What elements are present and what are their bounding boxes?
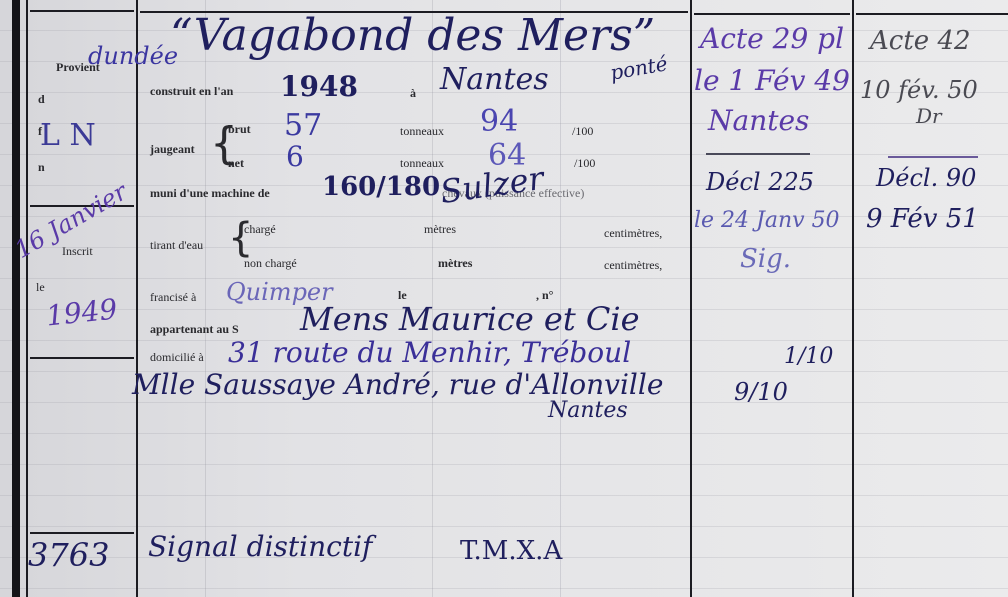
col3-entry2-line1: Décl 225 xyxy=(706,168,814,196)
jaugeant-label: jaugeant xyxy=(150,142,195,157)
faint-column-line xyxy=(432,0,433,597)
inscrit-le-label: le xyxy=(36,280,45,295)
col4-entry1-line2: 10 fév. 50 xyxy=(860,76,978,104)
column-rule xyxy=(690,0,692,597)
faint-column-line xyxy=(560,0,561,597)
metres-label-1: mètres xyxy=(424,222,456,237)
owner-value: Mens Maurice et Cie xyxy=(300,300,640,338)
machine-label: muni d'une machine de xyxy=(150,186,270,201)
tonneaux-label-net: tonneaux xyxy=(400,156,444,171)
column-rule xyxy=(136,0,138,597)
col4-entry2-line2: 9 Fév 51 xyxy=(866,204,979,234)
domicile-label: domicilié à xyxy=(150,350,204,365)
co-owner-fraction: 9/10 xyxy=(734,378,788,406)
provient-sublabel-n: n xyxy=(38,160,45,175)
row-rule xyxy=(856,13,1008,15)
provient-sublabel-d: d xyxy=(38,92,45,107)
per100-brut: /100 xyxy=(572,124,593,139)
brut-value: 57 xyxy=(284,108,322,143)
row-rule xyxy=(694,13,850,15)
col3-entry1-line3: Nantes xyxy=(708,104,809,137)
tirant-label: tirant d'eau xyxy=(150,238,203,253)
net-label: net xyxy=(228,156,244,171)
net-value: 6 xyxy=(286,140,304,173)
co-owner-value: Mlle Saussaye André, rue d'Allonville xyxy=(132,368,663,401)
row-rule xyxy=(30,357,134,359)
vessel-name: “Vagabond des Mers” xyxy=(170,10,655,61)
signal-label: Signal distinctif xyxy=(148,530,372,563)
column-rule xyxy=(852,0,854,597)
column-rule xyxy=(26,0,28,597)
row-rule xyxy=(30,532,134,534)
centimetres-label-2: centimètres, xyxy=(604,258,662,273)
brut-label: brut xyxy=(228,122,251,137)
a-label: à xyxy=(410,86,416,101)
metres-label-2: mètres xyxy=(438,256,472,271)
construit-label: construit en l'an xyxy=(150,84,233,99)
row-rule xyxy=(30,10,134,12)
entry-divider xyxy=(888,156,978,158)
registry-number: 3763 xyxy=(28,536,109,574)
charge-label: chargé xyxy=(244,222,276,237)
tonneaux-label-brut: tonneaux xyxy=(400,124,444,139)
registry-page: Provient d f n L N Inscrit le 16 Janvier… xyxy=(0,0,1008,597)
col4-entry1-line3: Dr xyxy=(916,104,942,128)
domicile-fraction: 1/10 xyxy=(784,344,833,369)
centimetres-label-1: centimètres, xyxy=(604,226,662,241)
appartenant-label: appartenant au S xyxy=(150,322,239,337)
inscrit-label: Inscrit xyxy=(62,244,93,259)
vessel-type: dundée xyxy=(88,42,178,70)
col3-entry1-line2: le 1 Fév 49 xyxy=(694,64,850,97)
domicile-value: 31 route du Menhir, Tréboul xyxy=(228,336,631,369)
brut-hundredths: 94 xyxy=(480,104,518,139)
machine-power: 160/180 xyxy=(322,172,440,202)
co-owner-city: Nantes xyxy=(548,398,628,423)
construit-place: Nantes xyxy=(440,62,549,97)
left-margin-rule xyxy=(12,0,20,597)
col4-entry2-line1: Décl. 90 xyxy=(876,164,976,192)
col3-entry1-line1: Acte 29 pl xyxy=(700,22,844,55)
entry-divider xyxy=(706,153,810,155)
construit-year: 1948 xyxy=(280,70,358,103)
per100-net: /100 xyxy=(574,156,595,171)
francise-label: francisé à xyxy=(150,290,196,305)
col3-entry2-signature: Sig. xyxy=(740,244,791,274)
col4-entry1-line1: Acte 42 xyxy=(870,26,971,56)
provient-value: L N xyxy=(40,118,96,153)
signal-value: T.M.X.A xyxy=(460,536,562,566)
non-charge-label: non chargé xyxy=(244,256,297,271)
col3-entry2-line2: le 24 Janv 50 xyxy=(694,208,840,233)
